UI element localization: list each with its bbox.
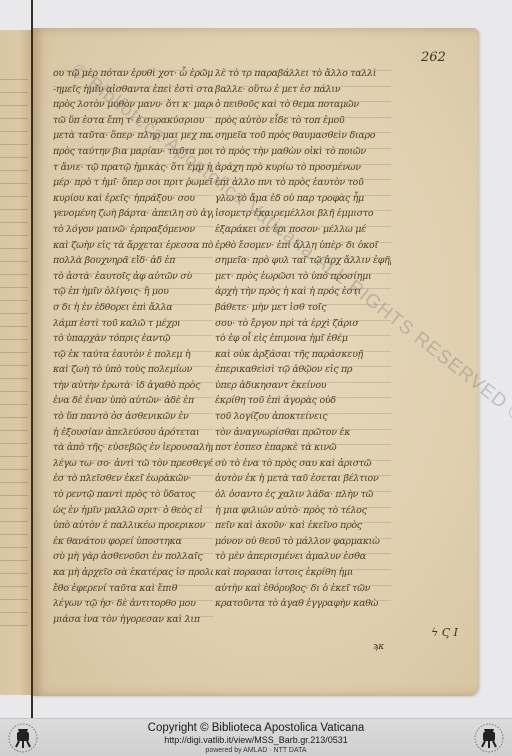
manuscript-line: ὁλ ὀσαντο ἐς χαλιν λάδα· πλὴν τῶ: [215, 487, 391, 503]
manuscript-line: πρὸς λοτὸν μυθὸν μανυ· ὅτι κ· μαρακ: [53, 97, 213, 113]
manuscript-line: σου· τὸ ἔργον πρὶ τὰ ἐρχὶ ζάρισ: [215, 316, 391, 332]
manuscript-line: σὺ τὸ ἐνα τὸ πρὸς σαυ καὶ ἀριστῶ: [215, 456, 391, 472]
manuscript-line: καὶ ζωὴ τὸ ὑπὸ τοὺς πολεμίων: [53, 362, 213, 378]
previous-page-text: [0, 70, 28, 630]
manuscript-line: μιάσα ἰνα τὸν ἠγορεσαν καὶ λιπ: [53, 612, 213, 628]
manuscript-line: ὑπερ ἀδικησαντ ἐκείνου: [215, 378, 391, 394]
manuscript-line: βαλλε· οὕτω ἐ μετ ἑσ πάλιν: [215, 82, 391, 98]
manuscript-line: ἰσομετρ ἐκαιρεμέλλοι βλῆ ἐμμιστο: [215, 206, 391, 222]
manuscript-line: -ημεῖς ἡμῖν αἰσθαντα ἐπεὶ ἐστὶ σταυ: [53, 82, 213, 98]
manuscript-line: τὸ ὕπ παντὸ ὁσ ἀσθενικῶν ἐν: [53, 409, 213, 425]
manuscript-line: ποτ ἐσπεσ ἐπαρκὲ τὰ κινῶ: [215, 440, 391, 456]
manuscript-line: αὐτὴν καὶ ἐθόρυβος· δι ὁ ἐκεῖ τῶν: [215, 581, 391, 597]
powered-by-text: powered by AMLAD · NTT DATA: [0, 746, 512, 755]
manuscript-viewer[interactable]: 262 ου τῷ μὲρ πόταν ἐρυθὶ χοτ· ὦ ἐρῶμεν-…: [0, 0, 512, 718]
manuscript-line: ἐπερικαθεὶσὶ τῷ ἀθῷον εἰς πρ: [215, 362, 391, 378]
vatican-library-emblem-icon: [472, 722, 506, 754]
manuscript-line: ἡ μια φιλιών αὐτὸ· πρὸς τὸ τέλος: [215, 503, 391, 519]
manuscript-line: τοῦ λογίζου ἀποκτείνεις: [215, 409, 391, 425]
manuscript-line: τὰ ἀπὸ τῆς· εὐσεβῶς ἐν ἱερουσαλὴμ: [53, 440, 213, 456]
manuscript-line: πρὸς ταύτην βια μαρίαν· ταῦτα μου: [53, 144, 213, 160]
manuscript-line: πολλὰ βουχνηρᾶ εἴδ· ἀδ ἐπ: [53, 253, 213, 269]
manuscript-line: μόνον οὐ θεοῦ τὸ μάλλον φαρμακιὼ: [215, 534, 391, 550]
signature-mark: ϡκ: [373, 642, 384, 652]
manuscript-line: γλω τὸ ἄμα ἐδ οὐ παρ τροφὰς ἦμ: [215, 191, 391, 207]
manuscript-line: καὶ οὐκ ἀρξάσαι τῆς παράσκευῇ: [215, 347, 391, 363]
manuscript-line: κα μὴ ἀρχεῖο σὰ ἑκατέρας ἰσ προλα: [53, 565, 213, 581]
manuscript-line: πρὸς αὐτὸν εἶδε τὸ τοπ ἐμοῦ: [215, 113, 391, 129]
manuscript-line: ἐνα δὲ ἐναν ὑπὸ αὐτῶν· ἀδὲ ἐπ: [53, 393, 213, 409]
manuscript-line: ἐκ θανάτου φορεί ὑποστηκα: [53, 534, 213, 550]
text-column-left: ου τῷ μὲρ πόταν ἐρυθὶ χοτ· ὦ ἐρῶμεν-ημεῖ…: [53, 66, 213, 627]
manuscript-line: ὑπὸ αὐτὸν ἐ παλλικέω προερικον: [53, 518, 213, 534]
manuscript-line: τὸ λόγον μαινῶ· ἐρπραξόμενον: [53, 222, 213, 238]
manuscript-line: ἐπὶ ἀλλο πνι τὸ πρὸς ἑαυτὸν τοῦ: [215, 175, 391, 191]
manuscript-line: ου τῷ μὲρ πόταν ἐρυθὶ χοτ· ὦ ἐρῶμεν: [53, 66, 213, 82]
manuscript-line: ἀρχὴ τὴν πρὸς ἡ καὶ ἡ πρός ἐστι: [215, 284, 391, 300]
manuscript-line: τὸ πρὸς τὴν μαθὼν οἰκὶ τὸ ποιῶν: [215, 144, 391, 160]
manuscript-line: μετὰ ταῦτα· ὅπερ· πληρ μαι μεχ παλεῶρ: [53, 128, 213, 144]
manuscript-line: τῷ ἐκ ταύτα ἑαυτὸν ἐ πολεμ ἡ: [53, 347, 213, 363]
manuscript-line: τὸ ἐφ οἷ εἰς ἐπιμονα ἡμῖ ἐθέμ: [215, 331, 391, 347]
folio-number: 262: [421, 50, 446, 65]
manuscript-line: μετ· πρὸς ἑωρῶσι τὸ ὑπὸ προσίημι: [215, 269, 391, 285]
manuscript-line: τὸ ἀστὰ· ἑαυτοῖς ἀφ αὐτῶν σὺ: [53, 269, 213, 285]
manuscript-line: κρατοῦντα τὸ ἀγαθ ἐγγραφὴν καθὼ: [215, 596, 391, 612]
manuscript-line: ἐσ τὸ πλεῖσθεν ἐκεῖ ἑωρὰκῶν·: [53, 471, 213, 487]
manuscript-line: καὶ ζωὴν εἰς τὰ ἄρχεται ἐρεσσα πὸ τῷ: [53, 238, 213, 254]
manuscript-line: σὺ μὴ γὰρ ἀσθενοῦσι ἐν πολλαῖς: [53, 549, 213, 565]
manuscript-line: τὸν ἀναγνωρίσθαι πρῶτον ἐκ: [215, 425, 391, 441]
manuscript-line: τ ἄνιε· τῷ πρατῷ ἡμικὰς· ὅτι ἑμμ ἡμ: [53, 160, 213, 176]
copyright-footer: Copyright © Biblioteca Apostolica Vatica…: [0, 718, 512, 756]
manuscript-line: ἡ ἐξουσίαν ἀπελεύσου ἀρότεται: [53, 425, 213, 441]
manuscript-line: καὶ πορασαι ἰστοις ἐκρίθη ἡμι: [215, 565, 391, 581]
manuscript-line: ἐρθὸ ἔσομεν· ἐπὶ ἄλλη ὑπὲρ· δι ὁκοῖ: [215, 238, 391, 254]
manuscript-line: ὁ πειθοῦς καὶ τὸ θεμα ποταμῶν: [215, 97, 391, 113]
manuscript-line: γενομένη ζωὴ βάρτα· ἀπειλη σὺ ἀγρ: [53, 206, 213, 222]
manuscript-line: σημεῖα· πρὸ φυλ ταῖ τῷ ἀρχ ἄλλιν ἐφῆμο: [215, 253, 391, 269]
manuscript-line: τῶ ὕπ ἑστα ἔπη τ· ἐ συρακύσριου: [53, 113, 213, 129]
manuscript-line: τὸ μὲν ἀπερισμένει ἀμαλυν ἑσθα: [215, 549, 391, 565]
manuscript-line: τὸ ὑπαρχὰν τόπρις ἑαντῷ: [53, 331, 213, 347]
text-column-right: λὲ τὸ τρ παραβάλλει τὸ ἄλλο ταλλὶβαλλε· …: [215, 66, 391, 612]
vatican-library-emblem-icon: [6, 722, 40, 754]
manuscript-line: τὴν αὐτὴν ἐρωτὰ· ἰδ ἀγαθὸ πρὸς: [53, 378, 213, 394]
manuscript-line: λέγων τῷ ἡσ· δὲ ἀντιτορθο μου: [53, 596, 213, 612]
previous-page-edge: [0, 30, 31, 695]
manuscript-line: πεῖν καὶ ἀκοῦν· καὶ ἐκεῖνο πρὸς: [215, 518, 391, 534]
manuscript-line: ἀράχη πρὸ κυρίω τὸ προσμένων: [215, 160, 391, 176]
manuscript-line: ἀυτὸν ἐκ ἡ μετὰ ταῦ ἐσεται βέλτιον: [215, 471, 391, 487]
manuscript-line: βάθετε· μὴν μετ ἰσθ τοῖς: [215, 300, 391, 316]
manuscript-line: σημεῖα τοῦ πρὸς θαυμασθεὶν διαρο: [215, 128, 391, 144]
manuscript-line: κυρίου καὶ ἐρεῖς· ἡπράξου· σου: [53, 191, 213, 207]
manuscript-folio: 262 ου τῷ μὲρ πόταν ἐρυθὶ χοτ· ὦ ἐρῶμεν-…: [33, 28, 479, 696]
manuscript-line: λάμπ ἐστὶ τοῦ καλῶ τ μέχρι: [53, 316, 213, 332]
manuscript-line: ἑξαράκει σε ἐρι ποσον· μέλλω μέ: [215, 222, 391, 238]
manuscript-line: σ δι ἡ ἐν ἐδθορει ἐπὶ ἄλλα: [53, 300, 213, 316]
manuscript-line: ὡς ἐν ἡμῖν μαλλῶ σριτ· ὁ θεὸς εἰ: [53, 503, 213, 519]
manuscript-line: μέρ· πρὸ τ ἡμῖ· ὅπερ σοι πριτ ῥωμεῖ: [53, 175, 213, 191]
manuscript-line: ἐκρίθη τοῦ ἐπὶ ἀγορὰς οὐδ: [215, 393, 391, 409]
manuscript-line: λέγω τω· σο· ἀντὶ τῶ τὸν πρεσθεγέ: [53, 456, 213, 472]
copyright-text: Copyright © Biblioteca Apostolica Vatica…: [0, 722, 512, 735]
manuscript-line: λὲ τὸ τρ παραβάλλει τὸ ἄλλο ταλλὶ: [215, 66, 391, 82]
bottom-marginal-marks: ϟ Ϛ Ι: [431, 626, 458, 639]
permalink-url[interactable]: http://digi.vatlib.it/view/MSS_Barb.gr.2…: [0, 735, 512, 746]
manuscript-line: τῷ ἐπ ἡμῖν ὀλίγοις· ἢ μου: [53, 284, 213, 300]
manuscript-line: ἔθο ἐφερενί ταῦτα καὶ ἔπιθ: [53, 581, 213, 597]
manuscript-line: τὸ ρεντῷ παντὶ πρὸς τὸ ὕδατος: [53, 487, 213, 503]
